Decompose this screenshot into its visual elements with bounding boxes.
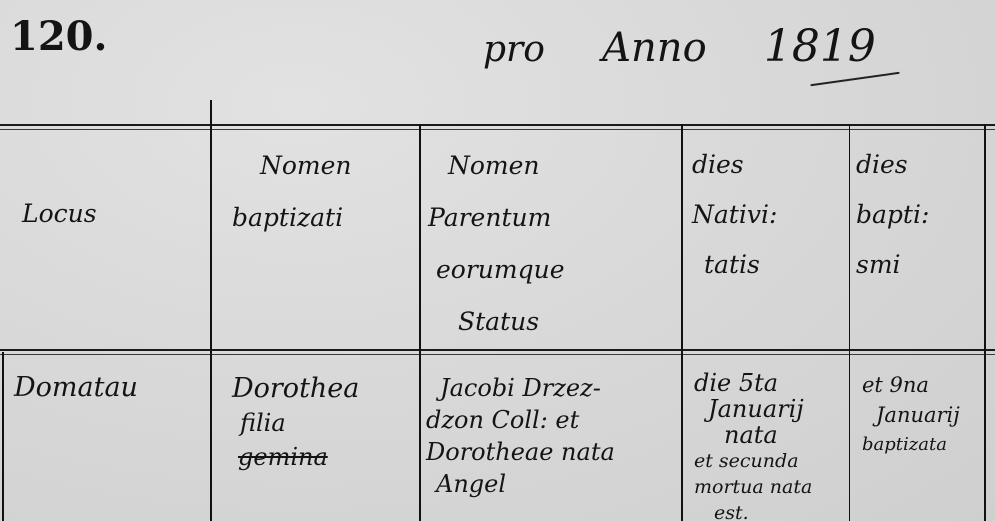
header-bottom-rule-2: [0, 354, 995, 355]
header-nomen-baptizati: Nomen baptizati: [232, 140, 352, 244]
header-nomen-parentum: Nomen Parentum eorumque Status: [428, 140, 565, 348]
header-line: tatis: [692, 240, 777, 290]
header-line: Nomen: [428, 140, 565, 192]
header-line: Locus: [22, 200, 97, 229]
cell-line: die 5ta: [694, 370, 812, 396]
page-number: 120.: [10, 14, 107, 60]
cell-line: filia: [232, 406, 359, 440]
title-prefix: pro: [483, 29, 545, 70]
cell-line: Dorothea: [232, 372, 359, 406]
header-line: dies: [856, 140, 929, 190]
column-divider-3: [681, 124, 683, 521]
header-dies-baptismi: dies bapti: smi: [856, 140, 929, 290]
header-line: bapti:: [856, 190, 929, 240]
row-dies-nativitatis: die 5ta Januarij nata et secunda mortua …: [694, 370, 812, 521]
cell-line: Jacobi Drzez-: [426, 372, 615, 404]
column-divider-4: [849, 124, 850, 521]
column-divider-1: [210, 100, 212, 521]
page-title: pro Anno 1819: [483, 22, 876, 73]
cell-line-struck: gemina: [232, 440, 359, 474]
row-dies-baptismi: et 9na Januarij baptizata: [862, 370, 960, 460]
left-border: [2, 352, 4, 521]
header-line: Parentum: [428, 192, 565, 244]
cell-line: Januarij: [694, 396, 812, 422]
title-word: Anno: [602, 25, 707, 71]
column-divider-5: [984, 124, 986, 521]
cell-line: mortua nata: [694, 474, 812, 500]
header-line: smi: [856, 240, 929, 290]
cell-line: Dorotheae nata: [426, 436, 615, 468]
table-top-rule: [0, 124, 995, 126]
title-year: 1819: [764, 21, 876, 72]
cell-line: et secunda: [694, 448, 812, 474]
header-dies-nativitatis: dies Nativi: tatis: [692, 140, 777, 290]
header-line: dies: [692, 140, 777, 190]
cell-line: est.: [694, 500, 812, 521]
header-line: Nomen: [232, 140, 352, 192]
row-locus: Domatau: [14, 372, 138, 403]
header-bottom-rule: [0, 349, 995, 351]
cell-line: Angel: [426, 468, 615, 500]
cell-line: et 9na: [862, 370, 960, 400]
cell-line: dzon Coll: et: [426, 404, 615, 436]
row-nomen-baptizati: Dorothea filia gemina: [232, 372, 359, 474]
header-line: eorumque: [428, 244, 565, 296]
column-divider-2: [419, 124, 421, 521]
cell-line: Januarij: [862, 400, 960, 430]
header-line: baptizati: [232, 192, 352, 244]
cell-line: Domatau: [14, 372, 138, 403]
table-top-rule-2: [0, 129, 995, 130]
header-line: Nativi:: [692, 190, 777, 240]
cell-line: nata: [694, 422, 812, 448]
header-line: Status: [428, 296, 565, 348]
header-locus: Locus: [22, 200, 97, 229]
row-nomen-parentum: Jacobi Drzez- dzon Coll: et Dorotheae na…: [426, 372, 615, 500]
cell-line: baptizata: [862, 430, 960, 460]
